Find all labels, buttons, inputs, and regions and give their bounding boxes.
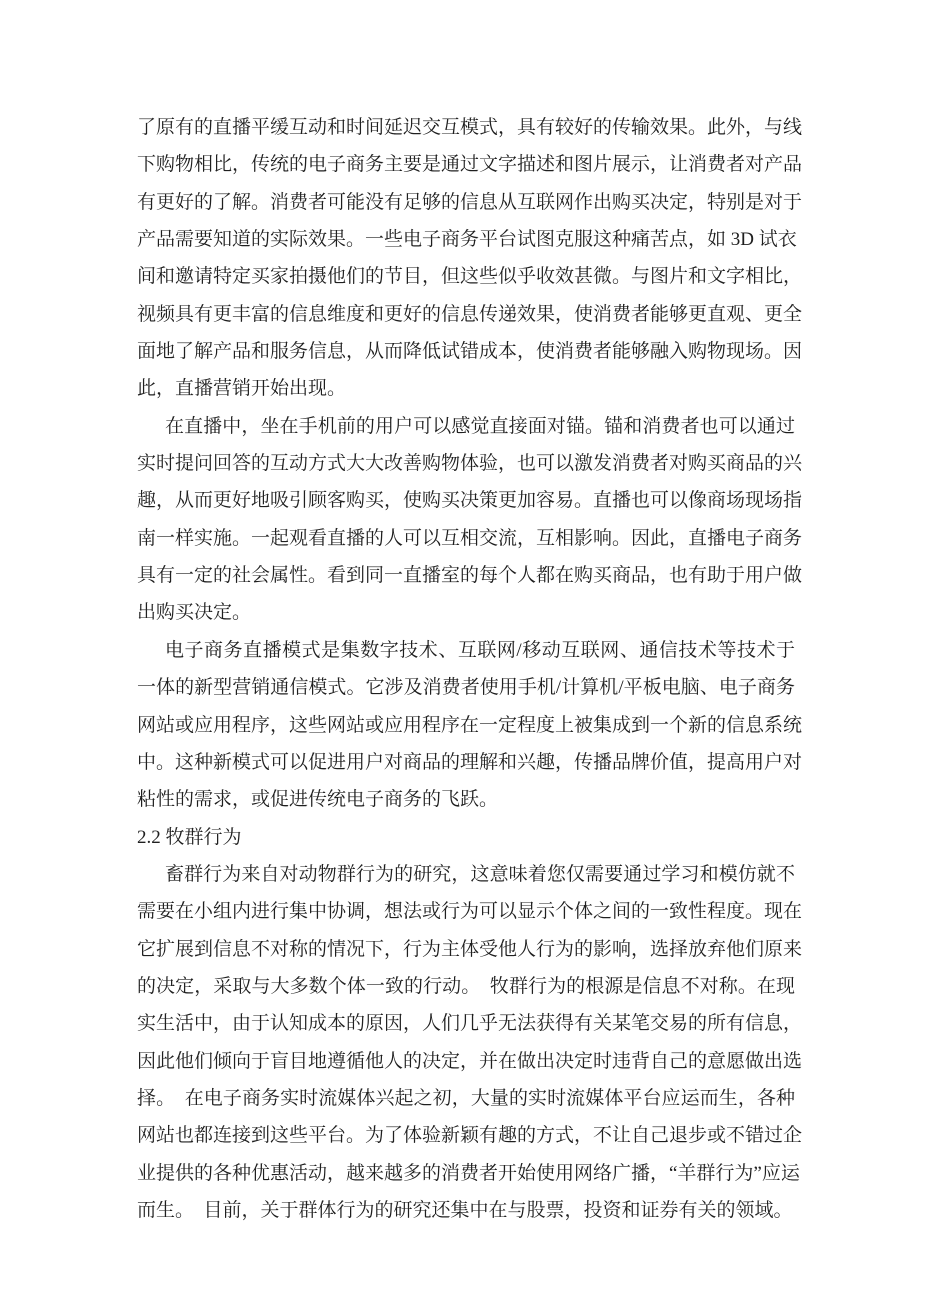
text-line: 业提供的各种优惠活动，越来越多的消费者开始使用网络广播，“羊群行为”应运 (137, 1155, 795, 1192)
document-body: 了原有的直播平缓互动和时间延迟交互模式，具有较好的传输效果。此外，与线下购物相比… (137, 109, 795, 1229)
text-line: 产品需要知道的实际效果。一些电子商务平台试图克服这种痛苦点，如 3D 试衣 (137, 221, 795, 258)
text-line: 因此他们倾向于盲目地遵循他人的决定，并在做出决定时违背自己的意愿做出选 (137, 1043, 795, 1080)
text-line: 间和邀请特定买家拍摄他们的节目，但这些似乎收效甚微。与图片和文字相比， (137, 258, 795, 295)
text-line: 在直播中，坐在手机前的用户可以感觉直接面对锚。锚和消费者也可以通过 (137, 408, 795, 445)
text-line: 一体的新型营销通信模式。它涉及消费者使用手机/计算机/平板电脑、电子商务 (137, 669, 795, 706)
text-line: 畜群行为来自对动物群行为的研究，这意味着您仅需要通过学习和模仿就不 (137, 856, 795, 893)
text-line: 择。 在电子商务实时流媒体兴起之初，大量的实时流媒体平台应运而生，各种 (137, 1080, 795, 1117)
text-line: 实时提问回答的互动方式大大改善购物体验，也可以激发消费者对购买商品的兴 (137, 445, 795, 482)
text-line: 有更好的了解。消费者可能没有足够的信息从互联网作出购买决定，特别是对于 (137, 184, 795, 221)
document-page: 了原有的直播平缓互动和时间延迟交互模式，具有较好的传输效果。此外，与线下购物相比… (0, 0, 926, 1309)
text-line: 了原有的直播平缓互动和时间延迟交互模式，具有较好的传输效果。此外，与线 (137, 109, 795, 146)
text-line: 视频具有更丰富的信息维度和更好的信息传递效果，使消费者能够更直观、更全 (137, 296, 795, 333)
text-line: 而生。 目前，关于群体行为的研究还集中在与股票，投资和证券有关的领域。 (137, 1192, 795, 1229)
text-line: 此，直播营销开始出现。 (137, 370, 795, 407)
text-line: 出购买决定。 (137, 594, 795, 631)
text-line: 中。这种新模式可以促进用户对商品的理解和兴趣，传播品牌价值，提高用户对 (137, 744, 795, 781)
text-line: 它扩展到信息不对称的情况下，行为主体受他人行为的影响，选择放弃他们原来 (137, 931, 795, 968)
text-line: 下购物相比，传统的电子商务主要是通过文字描述和图片展示，让消费者对产品 (137, 146, 795, 183)
section-heading-herd-behavior: 2.2 牧群行为 (137, 819, 795, 856)
text-line: 网站或应用程序，这些网站或应用程序在一定程度上被集成到一个新的信息系统 (137, 707, 795, 744)
text-line: 网站也都连接到这些平台。为了体验新颖有趣的方式，不让自己退步或不错过企 (137, 1117, 795, 1154)
text-line: 趣，从而更好地吸引顾客购买，使购买决策更加容易。直播也可以像商场现场指 (137, 482, 795, 519)
text-line: 粘性的需求，或促进传统电子商务的飞跃。 (137, 781, 795, 818)
text-line: 需要在小组内进行集中协调，想法或行为可以显示个体之间的一致性程度。现在 (137, 893, 795, 930)
text-line: 南一样实施。一起观看直播的人可以互相交流，互相影响。因此，直播电子商务 (137, 520, 795, 557)
text-line: 实生活中，由于认知成本的原因，人们几乎无法获得有关某笔交易的所有信息， (137, 1005, 795, 1042)
text-line: 电子商务直播模式是集数字技术、互联网/移动互联网、通信技术等技术于 (137, 632, 795, 669)
text-line: 的决定，采取与大多数个体一致的行动。 牧群行为的根源是信息不对称。在现 (137, 968, 795, 1005)
text-line: 面地了解产品和服务信息，从而降低试错成本，使消费者能够融入购物现场。因 (137, 333, 795, 370)
text-line: 具有一定的社会属性。看到同一直播室的每个人都在购买商品，也有助于用户做 (137, 557, 795, 594)
